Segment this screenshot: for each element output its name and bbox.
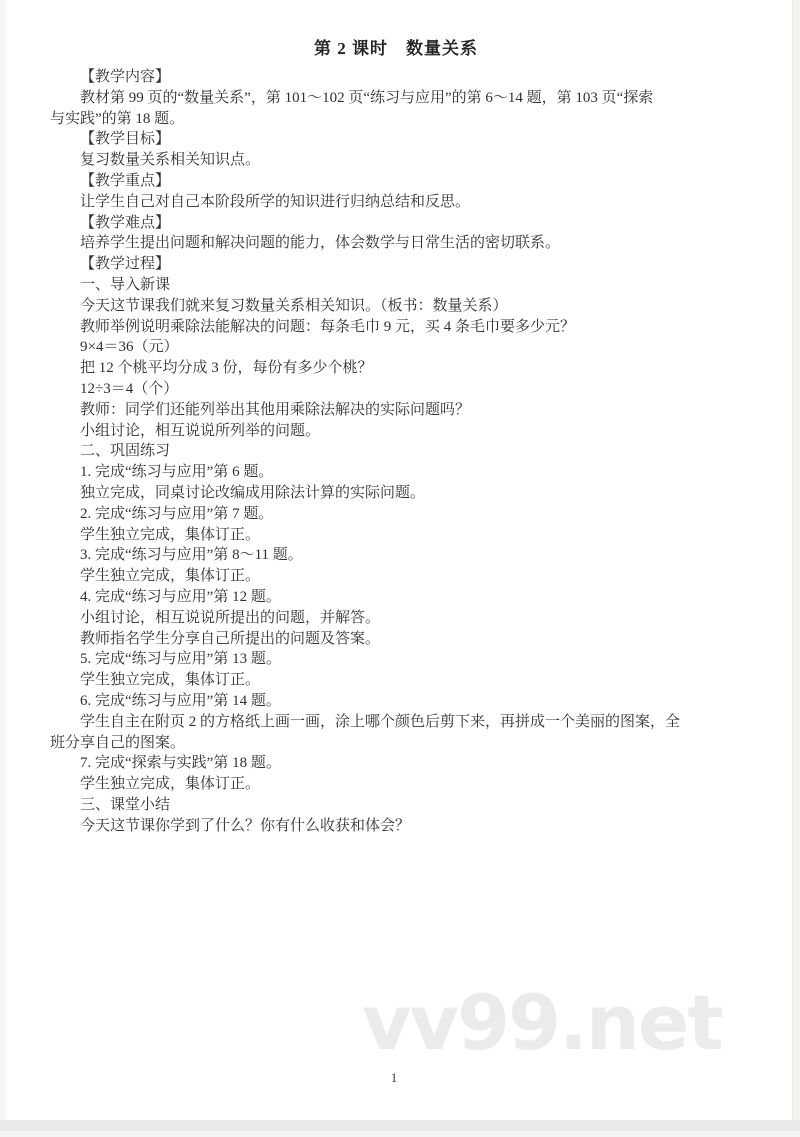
text-line: 4. 完成“练习与应用”第 12 题。 [50, 587, 742, 608]
text-line: 培养学生提出问题和解决问题的能力，体会数学与日常生活的密切联系。 [50, 233, 742, 254]
text-line: 学生独立完成，集体订正。 [50, 566, 742, 587]
text-line: 学生独立完成，集体订正。 [50, 525, 742, 546]
text-line: 今天这节课你学到了什么？你有什么收获和体会？ [50, 816, 742, 837]
text-line: 5. 完成“练习与应用”第 13 题。 [50, 649, 742, 670]
text-line: 【教学难点】 [50, 213, 742, 234]
page-bottom-edge [0, 1120, 800, 1131]
text-line: 教师：同学们还能列举出其他用乘除法解决的实际问题吗？ [50, 400, 742, 421]
text-line: 7. 完成“探索与实践”第 18 题。 [50, 753, 742, 774]
text-line: 3. 完成“练习与应用”第 8～11 题。 [50, 545, 742, 566]
text-line: 独立完成，同桌讨论改编成用除法计算的实际问题。 [50, 483, 742, 504]
text-line: 教师举例说明乘除法能解决的问题：每条毛巾 9 元，买 4 条毛巾要多少元？ [50, 317, 742, 338]
page-edge-right [792, 0, 800, 1120]
text-line: 今天这节课我们就来复习数量关系相关知识。（板书：数量关系） [50, 296, 742, 317]
text-line: 复习数量关系相关知识点。 [50, 150, 742, 171]
viewer-background-strip [0, 1131, 800, 1137]
body-text: 【教学内容】教材第 99 页的“数量关系”，第 101～102 页“练习与应用”… [50, 67, 742, 836]
text-line: 让学生自己对自己本阶段所学的知识进行归纳总结和反思。 [50, 192, 742, 213]
text-line: 【教学过程】 [50, 254, 742, 275]
text-line: 小组讨论，相互说说所提出的问题，并解答。 [50, 608, 742, 629]
text-line: 教师指名学生分享自己所提出的问题及答案。 [50, 629, 742, 650]
text-line: 学生独立完成，集体订正。 [50, 774, 742, 795]
document-page: 第 2 课时 数量关系 【教学内容】教材第 99 页的“数量关系”，第 101～… [0, 0, 800, 1137]
page-title: 第 2 课时 数量关系 [50, 34, 742, 59]
page-number: 1 [0, 1070, 788, 1086]
text-line: 1. 完成“练习与应用”第 6 题。 [50, 462, 742, 483]
text-line: 三、课堂小结 [50, 795, 742, 816]
text-line: 9×4＝36（元） [50, 337, 742, 358]
text-line: 班分享自己的图案。 [50, 733, 742, 754]
text-line: 小组讨论，相互说说所列举的问题。 [50, 421, 742, 442]
text-line: 学生自主在附页 2 的方格纸上画一画，涂上哪个颜色后剪下来，再拼成一个美丽的图案… [50, 712, 742, 733]
text-line: 【教学内容】 [50, 67, 742, 88]
text-line: 把 12 个桃平均分成 3 份，每份有多少个桃？ [50, 358, 742, 379]
text-line: 二、巩固练习 [50, 441, 742, 462]
text-line: 2. 完成“练习与应用”第 7 题。 [50, 504, 742, 525]
text-line: 【教学重点】 [50, 171, 742, 192]
text-line: 一、导入新课 [50, 275, 742, 296]
watermark: vv99.net [362, 978, 722, 1067]
text-line: 与实践”的第 18 题。 [50, 109, 742, 130]
text-line: 【教学目标】 [50, 129, 742, 150]
text-line: 6. 完成“练习与应用”第 14 题。 [50, 691, 742, 712]
text-line: 学生独立完成，集体订正。 [50, 670, 742, 691]
text-line: 12÷3＝4（个） [50, 379, 742, 400]
text-line: 教材第 99 页的“数量关系”，第 101～102 页“练习与应用”的第 6～1… [50, 88, 742, 109]
page-edge-left [0, 0, 6, 1120]
